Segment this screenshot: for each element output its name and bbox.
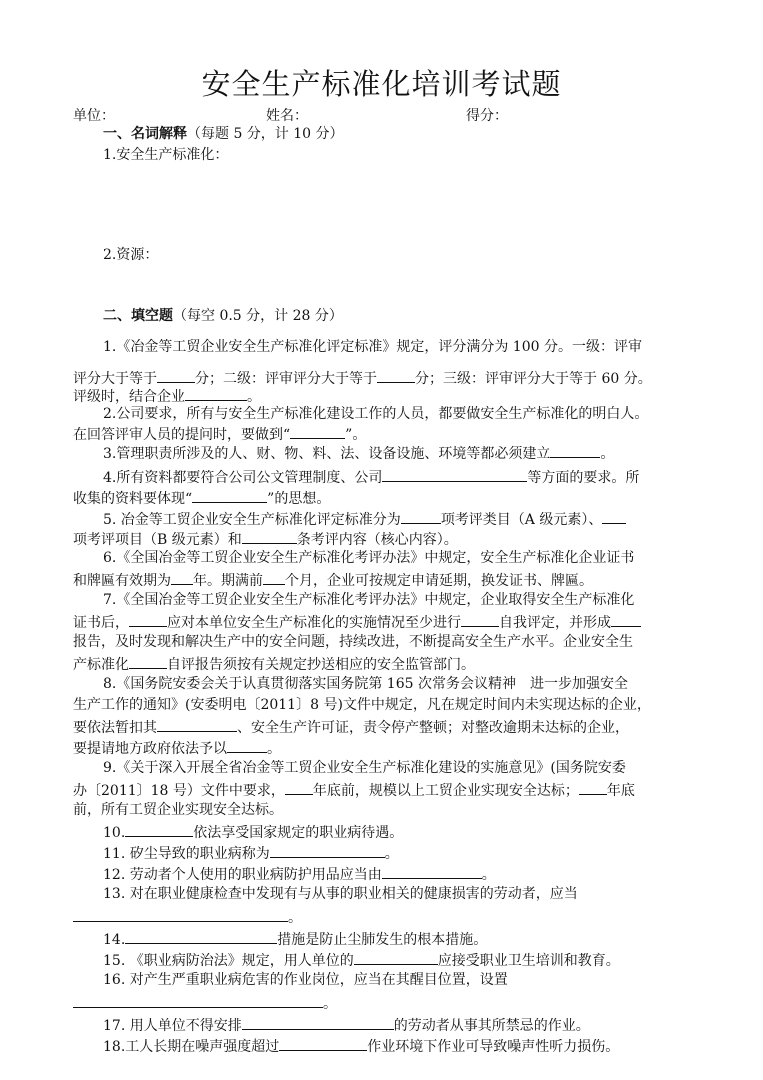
q8-blank-1[interactable] — [157, 717, 237, 732]
q7-blank-4[interactable] — [129, 654, 167, 669]
q1-blank-3[interactable] — [185, 386, 247, 401]
q11-text-a: 11. 矽尘导致的职业病称为 — [103, 846, 270, 862]
q10-line: 10.依法享受国家规定的职业病待遇。 — [103, 822, 693, 843]
exam-page: 安全生产标准化培训考试题 单位： 姓名： 得分： 一、名词解释（每题 5 分，计… — [0, 0, 763, 1080]
q9-line2: 办〔2011〕18 号）文件中要求，年底前，规模以上工贸企业实现安全达标；年底 — [73, 780, 693, 801]
page-title: 安全生产标准化培训考试题 — [0, 66, 763, 102]
q8-text-a: 要依法暂扣其 — [73, 720, 157, 736]
q7-text-b: 应对本单位安全生产标准化的实施情况至少进行 — [167, 615, 461, 631]
q5-blank-1[interactable] — [401, 509, 441, 524]
q12-line: 12. 劳动者个人使用的职业病防护用品应当由。 — [103, 864, 693, 885]
q7-line2: 证书后，应对本单位安全生产标准化的实施情况至少进行自我评定，并形成 — [73, 612, 693, 633]
q9-blank-2[interactable] — [579, 780, 607, 795]
q1-text-c: 分；三级：评审评分大于等于 60 分。 — [415, 371, 652, 387]
q5-blank-2[interactable] — [602, 509, 626, 524]
q4-text-b: 等方面的要求。所 — [527, 470, 639, 486]
q5-line1: 5. 冶金等工贸企业安全生产标准化评定标准分为项考评类目（A 级元素）、 — [103, 509, 693, 530]
q7-blank-2[interactable] — [461, 612, 499, 627]
q3-blank-1[interactable] — [550, 443, 600, 458]
q5-text-a: 5. 冶金等工贸企业安全生产标准化评定标准分为 — [103, 512, 401, 528]
q16-blank-1[interactable] — [73, 993, 323, 1008]
section2-heading: 二、填空题（每空 0.5 分，计 28 分） — [103, 307, 693, 326]
q7-text-d: 产标准化 — [73, 657, 129, 673]
q3-text-b: 。 — [600, 446, 614, 462]
q15-text-b: 应接受职业卫生培训和教育。 — [438, 953, 620, 969]
q12-text-b: 。 — [482, 867, 496, 883]
q1-text-d: 评级时，结合企业 — [73, 389, 185, 405]
name-label: 姓名： — [266, 107, 308, 125]
q4-line2: 收集的资料要体现“”的思想。 — [73, 488, 693, 509]
q1-text-a: 评分大于等于 — [73, 371, 157, 387]
q4-text-a: 4.所有资料都要符合公司公文管理制度、公司 — [103, 470, 382, 486]
q6-line2: 和牌匾有效期为年。期满前个月，企业可按规定申请延期，换发证书、牌匾。 — [73, 570, 693, 591]
q13-text-b: 。 — [288, 910, 302, 926]
q8-text-d: 。 — [267, 741, 281, 757]
q8-line2: 生产工作的通知》(安委明电〔2011〕8 号)文件中规定，凡在规定时间内未实现达… — [73, 696, 693, 715]
q16-text-b: 。 — [323, 996, 337, 1012]
section2-note: （每空 0.5 分，计 28 分） — [173, 308, 343, 324]
q4-line1: 4.所有资料都要符合公司公文管理制度、公司等方面的要求。所 — [103, 467, 693, 488]
q8-text-c: 要提请地方政府依法予以 — [73, 741, 227, 757]
q2-text-b: ”。 — [345, 427, 366, 443]
section2-title: 二、填空题 — [103, 308, 173, 324]
q16-line1: 16. 对产生严重职业病危害的作业岗位，应当在其醒目位置，设置 — [103, 971, 693, 990]
q6-line1: 6.《全国冶金等工贸企业安全生产标准化考评办法》中规定，安全生产标准化企业证书 — [103, 549, 693, 568]
q6-blank-1[interactable] — [171, 570, 193, 585]
q10-text-a: 10. — [103, 825, 125, 841]
q12-text-a: 12. 劳动者个人使用的职业病防护用品应当由 — [103, 867, 382, 883]
q16-line2: 。 — [73, 993, 693, 1014]
q6-text-a: 和牌匾有效期为 — [73, 573, 171, 589]
q9-line1: 9.《关于深入开展全省冶金等工贸企业安全生产标准化建设的实施意见》(国务院安委 — [103, 759, 693, 778]
q7-line1: 7.《全国冶金等工贸企业安全生产标准化考评办法》中规定，企业取得安全生产标准化 — [103, 591, 693, 610]
q2-blank-1[interactable] — [290, 424, 345, 439]
q9-text-b: 年底前，规模以上工贸企业实现安全达标； — [313, 783, 579, 799]
q13-line2: 。 — [73, 907, 693, 928]
q17-text-a: 17. 用人单位不得安排 — [103, 1018, 242, 1034]
q11-text-b: 。 — [385, 846, 399, 862]
q9-line3: 前，所有工贸企业实现安全达标。 — [73, 801, 693, 820]
q5-text-b: 项考评类目（A 级元素）、 — [441, 512, 603, 528]
q4-blank-1[interactable] — [382, 467, 527, 482]
q18-text-a: 18.工人长期在噪声强度超过 — [103, 1039, 279, 1055]
section1-heading: 一、名词解释（每题 5 分，计 10 分） — [103, 125, 693, 144]
q8-line3: 要依法暂扣其、安全生产许可证，责令停产整顿；对整改逾期未达标的企业， — [73, 717, 693, 738]
unit-label: 单位： — [73, 107, 115, 125]
section1-note: （每题 5 分，计 10 分） — [187, 126, 344, 142]
q14-line: 14.措施是防止尘肺发生的根本措施。 — [103, 929, 693, 950]
q1-text-e: 。 — [247, 389, 261, 405]
section1-q1: 1.安全生产标准化： — [103, 146, 693, 165]
q7-text-c: 自我评定，并形成 — [499, 615, 611, 631]
q8-line4: 要提请地方政府依法予以。 — [73, 738, 693, 759]
q17-text-b: 的劳动者从事其所禁忌的作业。 — [394, 1018, 590, 1034]
q7-blank-1[interactable] — [129, 612, 167, 627]
q7-line3: 报告，及时发现和解决生产中的安全问题，持续改进，不断提高安全生产水平。企业安全生 — [73, 633, 693, 652]
q18-blank-1[interactable] — [279, 1036, 367, 1051]
q18-text-b: 作业环境下作业可导致噪声性听力损伤。 — [367, 1039, 619, 1055]
q2-text-a: 在回答评审人员的提问时，要做到“ — [73, 427, 290, 443]
section1-title: 一、名词解释 — [103, 126, 187, 142]
q15-text-a: 15. 《职业病防治法》规定，用人单位的 — [103, 953, 354, 969]
q2-line1: 2.公司要求，所有与安全生产标准化建设工作的人员，都要做安全生产标准化的明白人。 — [103, 405, 693, 424]
section1-q2: 2.资源： — [103, 246, 693, 265]
q17-line: 17. 用人单位不得安排的劳动者从事其所禁忌的作业。 — [103, 1015, 693, 1036]
score-label: 得分： — [466, 107, 508, 125]
q9-blank-1[interactable] — [285, 780, 313, 795]
q13-blank-1[interactable] — [73, 907, 288, 922]
q7-blank-3[interactable] — [611, 612, 641, 627]
q10-text-b: 依法享受国家规定的职业病待遇。 — [193, 825, 403, 841]
q18-line: 18.工人长期在噪声强度超过作业环境下作业可导致噪声性听力损伤。 — [103, 1036, 693, 1057]
q13-line1: 13. 对在职业健康检查中发现有与从事的职业相关的健康损害的劳动者，应当 — [103, 885, 693, 904]
q5-blank-3[interactable] — [242, 529, 297, 544]
q8-text-b: 、安全生产许可证，责令停产整顿；对整改逾期未达标的企业， — [237, 720, 629, 736]
q8-blank-2[interactable] — [227, 738, 267, 753]
q2-line2: 在回答评审人员的提问时，要做到“”。 — [73, 424, 693, 445]
q4-blank-2[interactable] — [192, 488, 267, 503]
q1-line3: 评级时，结合企业。 — [73, 386, 693, 407]
q1-blank-2[interactable] — [377, 368, 415, 383]
q9-text-a: 办〔2011〕18 号）文件中要求， — [73, 783, 285, 799]
q1-line1: 1.《冶金等工贸企业安全生产标准化评定标准》规定，评分满分为 100 分。一级：… — [103, 338, 693, 357]
q14-text-a: 14. — [103, 932, 125, 948]
q10-blank-1[interactable] — [125, 822, 193, 837]
q11-line: 11. 矽尘导致的职业病称为。 — [103, 843, 693, 864]
q5-text-c: 项考评项目（B 级元素）和 — [73, 532, 242, 548]
q5-text-d: 条考评内容（核心内容）。 — [297, 532, 458, 548]
q4-text-c: 收集的资料要体现“ — [73, 491, 192, 507]
q4-text-d: ”的思想。 — [267, 491, 330, 507]
q15-line: 15. 《职业病防治法》规定，用人单位的应接受职业卫生培训和教育。 — [103, 950, 693, 971]
q14-text-b: 措施是防止尘肺发生的根本措施。 — [277, 932, 487, 948]
q5-line2: 项考评项目（B 级元素）和条考评内容（核心内容）。 — [73, 529, 693, 550]
q6-blank-2[interactable] — [263, 570, 285, 585]
q3-text-a: 3.管理职责所涉及的人、财、物、料、法、设备设施、环境等都必须建立 — [103, 446, 550, 462]
q15-blank-1[interactable] — [354, 950, 438, 965]
q11-blank-1[interactable] — [270, 843, 385, 858]
q6-text-b: 年。期满前 — [193, 573, 263, 589]
q7-text-a: 证书后， — [73, 615, 129, 631]
q6-text-c: 个月，企业可按规定申请延期，换发证书、牌匾。 — [285, 573, 593, 589]
q12-blank-1[interactable] — [382, 864, 482, 879]
q1-blank-1[interactable] — [157, 368, 195, 383]
q17-blank-1[interactable] — [242, 1015, 394, 1030]
q7-text-e: 自评报告须按有关规定抄送相应的安全监管部门。 — [167, 657, 475, 673]
q7-line4: 产标准化自评报告须按有关规定抄送相应的安全监管部门。 — [73, 654, 693, 675]
q8-line1: 8.《国务院安委会关于认真贯彻落实国务院第 165 次常务会议精神 进一步加强安… — [103, 675, 693, 694]
q1-text-b: 分；二级：评审评分大于等于 — [195, 371, 377, 387]
q9-text-c: 年底 — [607, 783, 635, 799]
q3-line1: 3.管理职责所涉及的人、财、物、料、法、设备设施、环境等都必须建立。 — [103, 443, 693, 464]
q14-blank-1[interactable] — [125, 929, 277, 944]
